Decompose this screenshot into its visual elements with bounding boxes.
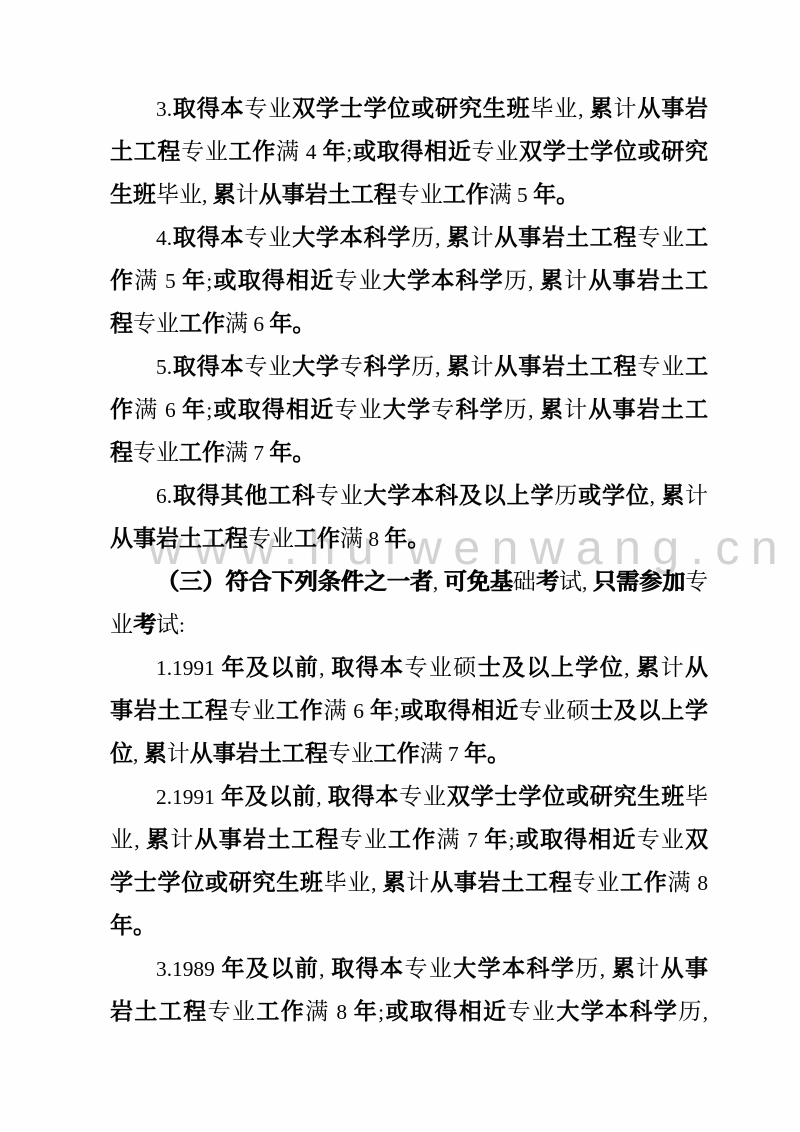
text-run: 历 [554, 482, 578, 508]
text-run: 从事岩土工程 [494, 224, 637, 250]
text-run: 或取得相近 [212, 267, 334, 293]
text-run: 作 [110, 396, 134, 422]
text-run: 专业 [637, 826, 685, 852]
text-run: 从事岩 [637, 95, 708, 121]
text-line: 事岩土工程专业工作满 6 年;或取得相近专业硕士及以上学 [110, 689, 708, 732]
text-run: 年及以前 [222, 654, 320, 680]
text-run: 专业 [472, 138, 519, 164]
text-run: 取得本 [172, 224, 244, 250]
text-run: 计 [636, 955, 660, 981]
text-line: 年。 [110, 904, 708, 947]
text-run: 从事岩土工程 [195, 826, 340, 852]
text-run: 工作 [620, 869, 667, 895]
text-run: 专业 [399, 783, 447, 809]
text-line: 2.1991 年及以前, 取得本专业双学士学位或研究生班毕 [110, 775, 708, 818]
text-run: 历 [504, 396, 528, 422]
text-run: 年。 [533, 181, 579, 207]
text-run: 满 [225, 439, 248, 465]
text-line: 5.取得本专业大学专科学历, 累计从事岩土工程专业工 [110, 345, 708, 388]
text-run: 位 [110, 740, 133, 766]
text-run: 1.1991 [156, 656, 222, 680]
text-run: 事岩土工程 [110, 697, 229, 723]
text-run: 专业 [244, 224, 292, 250]
text-run: , [578, 97, 590, 121]
text-run: 满 [340, 525, 363, 551]
text-run: 从事 [661, 955, 708, 981]
text-run: 程 [110, 439, 133, 465]
text-run: 试 [559, 568, 582, 594]
text-run: 累 [146, 826, 170, 852]
text-run: 计 [236, 181, 259, 207]
text-run: 或学位 [578, 482, 650, 508]
text-run: 6 [158, 398, 182, 422]
text-run: 或取得相近 [400, 697, 519, 723]
text-run: 专业 [334, 267, 382, 293]
text-run: 历 [411, 224, 435, 250]
text-run: , [600, 957, 612, 981]
text-run: 工作 [443, 181, 489, 207]
text-line: 1.1991 年及以前, 取得本专业硕士及以上学位, 累计从 [110, 646, 708, 689]
text-run: 专业 [208, 998, 257, 1024]
text-run: 专业硕 [404, 654, 477, 680]
text-run: 专业 [244, 95, 292, 121]
text-run: , [703, 1000, 708, 1024]
text-run: 满 [305, 998, 329, 1024]
text-run: 或取得相近 [352, 138, 471, 164]
text-run: 工 [685, 224, 708, 250]
text-run: 历 [575, 955, 599, 981]
text-run: 工 [685, 353, 708, 379]
text-run: 计 [167, 740, 190, 766]
text-run: 毕业 [530, 95, 578, 121]
text-run: 年 [323, 138, 347, 164]
text-run: 5. [156, 355, 172, 379]
text-run: 士及以上学位 [478, 654, 624, 680]
text-run: 取得本 [328, 783, 399, 809]
text-run: 大学本科学 [383, 267, 504, 293]
text-run: 岩土工程 [110, 998, 208, 1024]
text-run: 专业 [508, 998, 557, 1024]
text-run: 历 [411, 353, 435, 379]
text-run: 专业 [133, 439, 179, 465]
text-run: 8 [363, 527, 384, 551]
text-run: 年及以前 [221, 783, 316, 809]
text-run: 考 [133, 611, 156, 637]
text-run: 历 [504, 267, 528, 293]
text-run: 年。 [384, 525, 430, 551]
text-run: 5 [512, 183, 533, 207]
text-run: 可免基 [444, 568, 513, 594]
text-run: 取得本 [172, 95, 244, 121]
text-run: 或取得相近 [384, 998, 507, 1024]
text-run: 计 [170, 826, 194, 852]
text-run: 专业 [573, 869, 620, 895]
text-run: 满 [420, 740, 443, 766]
text-run: 计 [614, 95, 638, 121]
text-run: 专 [340, 353, 364, 379]
text-run: 专业 [340, 826, 388, 852]
text-line: 6.取得其他工科专业大学本科及以上学历或学位, 累计 [110, 474, 708, 517]
text-run: , [650, 484, 662, 508]
text-run: 专业 [133, 310, 179, 336]
text-run: , [624, 656, 636, 680]
text-run: 8 [330, 1000, 354, 1024]
text-run: 程 [110, 310, 133, 336]
text-run: 3. [156, 97, 172, 121]
text-run: 取得本 [331, 654, 404, 680]
text-block: 3.取得本专业双学士学位或研究生班毕业, 累计从事岩土工程专业工作满 4 年;或… [110, 87, 708, 1033]
text-run: 大学 [292, 353, 340, 379]
text-run: 年。 [269, 439, 315, 465]
text-run: 大学本科学 [292, 224, 411, 250]
text-run: 毕业 [156, 181, 202, 207]
text-run: 5 [158, 269, 182, 293]
text-line: 程专业工作满 6 年。 [110, 302, 708, 345]
text-line: 3.取得本专业双学士学位或研究生班毕业, 累计从事岩 [110, 87, 708, 130]
text-run: 累 [590, 95, 614, 121]
text-run: 6 [347, 699, 370, 723]
text-run: 大学本科学 [453, 955, 575, 981]
text-run: 专业 [328, 740, 374, 766]
text-run: 满 [134, 396, 158, 422]
text-run: 工作 [294, 525, 340, 551]
text-run: 满 [276, 138, 300, 164]
text-run: 满 [225, 310, 248, 336]
text-run: 计 [661, 654, 685, 680]
text-run: 累 [447, 353, 471, 379]
text-run: 取得本 [331, 955, 404, 981]
text-run: 工作 [256, 998, 305, 1024]
text-run: 作 [110, 267, 134, 293]
text-run: 6. [156, 484, 172, 508]
text-line: 生班毕业, 累计从事岩土工程专业工作满 5 年。 [110, 173, 708, 216]
text-run: 计 [685, 482, 708, 508]
text-run: 从事岩土工 [588, 267, 708, 293]
text-line: 作满 6 年;或取得相近专业大学专科学历, 累计从事岩土工 [110, 388, 708, 431]
text-run: 试 [156, 611, 179, 637]
text-run: , [319, 957, 331, 981]
text-run: , [319, 656, 331, 680]
text-run: 2.1991 [156, 785, 221, 809]
text-line: 4.取得本专业大学本科学历, 累计从事岩土工程专业工 [110, 216, 708, 259]
text-run: 专业 [404, 955, 453, 981]
text-run: 年。 [464, 740, 510, 766]
text-run: 满 [134, 267, 158, 293]
text-run: 年 [182, 396, 206, 422]
text-run: 工作 [388, 826, 436, 852]
text-run: 考 [536, 568, 559, 594]
text-run: 或取得相近 [212, 396, 334, 422]
text-run: 累 [447, 224, 471, 250]
text-run: 从 [685, 654, 708, 680]
text-run: 累 [612, 955, 636, 981]
text-run: 6 [248, 312, 269, 336]
text-run: 满 [436, 826, 460, 852]
text-run: 从事岩土工程 [110, 525, 248, 551]
text-run: 取得本 [172, 353, 244, 379]
text-run: 计 [471, 353, 495, 379]
text-run: 科学 [364, 353, 412, 379]
text-run: 年 [370, 697, 394, 723]
text-run: 满 [668, 869, 692, 895]
text-run: 专业 [229, 697, 276, 723]
text-run: 满 [323, 697, 347, 723]
text-line: 作满 5 年;或取得相近专业大学本科学历, 累计从事岩土工 [110, 259, 708, 302]
text-run: 3.1989 [156, 957, 222, 981]
text-run: 专 [685, 568, 708, 594]
text-run: , [435, 355, 447, 379]
text-run: : [179, 613, 185, 637]
text-run: 累 [540, 267, 564, 293]
text-run: 专业 [334, 396, 382, 422]
text-run: 7 [461, 828, 485, 852]
text-run: 从事岩土工程 [430, 869, 572, 895]
text-run: 专业 [316, 482, 364, 508]
text-run: 计 [471, 224, 495, 250]
text-run: 计 [564, 267, 588, 293]
text-run: 年 [484, 826, 508, 852]
text-run: 7 [248, 441, 269, 465]
text-run: 工作 [276, 697, 323, 723]
text-run: 双学士学位或研究生班 [292, 95, 530, 121]
text-run: , [202, 183, 213, 207]
text-run: 毕业 [324, 869, 371, 895]
text-run: 只需参加 [593, 568, 685, 594]
text-run: 专业 [244, 353, 292, 379]
text-run: 双学士学位或研究 [519, 138, 708, 164]
text-line: （三）符合下列条件之一者, 可免基础考试, 只需参加专 [110, 560, 708, 603]
text-run: 大学本科及以上学 [364, 482, 555, 508]
text-run: , [433, 570, 444, 594]
text-run: 累 [383, 869, 407, 895]
text-run: 历 [678, 998, 702, 1024]
text-run: 生班 [110, 181, 156, 207]
text-run: 满 [489, 181, 512, 207]
text-line: 程专业工作满 7 年。 [110, 431, 708, 474]
text-run: 8 [691, 871, 708, 895]
text-run: 年。 [110, 912, 156, 938]
text-line: 岩土工程专业工作满 8 年;或取得相近专业大学本科学历, [110, 990, 708, 1033]
text-run: 4 [300, 140, 323, 164]
text-run: 业 [110, 826, 134, 852]
text-run: 计 [564, 396, 588, 422]
text-line: 土工程专业工作满 4 年;或取得相近专业双学士学位或研究 [110, 130, 708, 173]
text-run: 年。 [269, 310, 315, 336]
text-run: 年 [182, 267, 206, 293]
text-run: 学士学位或研究生班 [110, 869, 324, 895]
text-run: 大学 [383, 396, 431, 422]
text-run: 专业 [248, 525, 294, 551]
text-run: 工作 [179, 310, 225, 336]
text-run: 累 [540, 396, 564, 422]
text-run: 累 [144, 740, 167, 766]
text-line: 业, 累计从事岩土工程专业工作满 7 年;或取得相近专业双 [110, 818, 708, 861]
text-run: 累 [213, 181, 236, 207]
document-page: www.huiwenwang.cn 3.取得本专业双学士学位或研究生班毕业, 累… [0, 0, 800, 1132]
text-run: 专业 [181, 138, 228, 164]
text-run: 年 [354, 998, 378, 1024]
text-line: 学士学位或研究生班毕业, 累计从事岩土工程专业工作满 8 [110, 861, 708, 904]
text-run: 士及以上学 [590, 697, 708, 723]
text-run: , [435, 226, 447, 250]
text-line: 3.1989 年及以前, 取得本专业大学本科学历, 累计从事 [110, 947, 708, 990]
text-run: 大学本科学 [556, 998, 678, 1024]
text-run: 毕 [685, 783, 708, 809]
text-run: 从事岩土工程 [190, 740, 328, 766]
text-line: 位, 累计从事岩土工程专业工作满 7 年。 [110, 732, 708, 775]
text-run: 年及以前 [222, 955, 320, 981]
text-run: , [133, 742, 144, 766]
text-run: 取得其他工科 [172, 482, 316, 508]
text-run: 从事岩土工程 [259, 181, 397, 207]
text-run: 专业 [397, 181, 443, 207]
text-run: , [582, 570, 593, 594]
text-run: 计 [406, 869, 430, 895]
text-run: , [528, 398, 540, 422]
text-run: 工作 [179, 439, 225, 465]
text-run: 专业 [637, 224, 685, 250]
text-run: 专业硕 [519, 697, 590, 723]
text-run: 或取得相近 [515, 826, 637, 852]
text-run: 土工程 [110, 138, 181, 164]
text-run: 累 [661, 482, 685, 508]
text-run: , [371, 871, 382, 895]
text-run: 从事岩土工程 [494, 353, 637, 379]
text-run: 业 [110, 611, 133, 637]
text-run: 专 [431, 396, 455, 422]
text-run: 工作 [374, 740, 420, 766]
text-line: 业考试: [110, 603, 708, 646]
text-run: 专业 [637, 353, 685, 379]
text-run: , [134, 828, 146, 852]
text-run: 从事岩土工 [588, 396, 708, 422]
text-run: 4. [156, 226, 172, 250]
text-run: 双学士学位或研究生班 [447, 783, 685, 809]
text-run: （三）符合下列条件之一者 [156, 568, 433, 594]
text-run: 7 [443, 742, 464, 766]
text-run: 础 [513, 568, 536, 594]
text-run: , [316, 785, 328, 809]
text-run: , [528, 269, 540, 293]
text-run: 累 [636, 654, 660, 680]
text-run: 工作 [229, 138, 276, 164]
text-run: 科学 [455, 396, 503, 422]
text-line: 从事岩土工程专业工作满 8 年。 [110, 517, 708, 560]
text-run: 双 [685, 826, 708, 852]
